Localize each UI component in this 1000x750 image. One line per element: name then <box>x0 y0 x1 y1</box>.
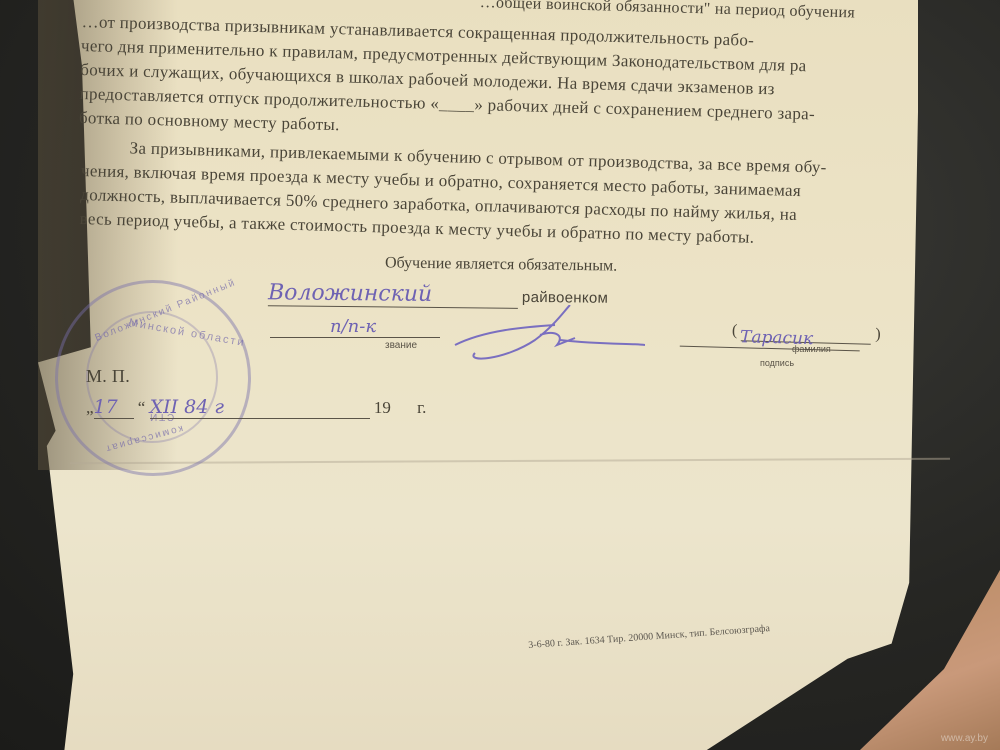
rank-field: п/п-к <box>270 316 440 338</box>
paragraph-1: …от производства призывникам устанавлива… <box>79 10 818 150</box>
printed-year-suffix: г. <box>417 398 426 417</box>
watermark: www.ay.by <box>941 733 988 744</box>
commander-signature <box>445 305 645 365</box>
mandatory-note: Обучение является обязательным. <box>385 254 617 275</box>
open-quote: „ <box>86 398 94 417</box>
date-field: „17 “ XII 84 г 19 г. <box>86 396 426 419</box>
official-stamp: Воложинский Районный Минской области СТИ… <box>55 280 251 476</box>
printed-year: 19 <box>374 398 391 417</box>
rank-label: звание <box>385 340 417 351</box>
close-quote: “ <box>138 398 146 417</box>
rank-handwritten: п/п-к <box>270 316 440 338</box>
date-day: 17 <box>94 396 134 419</box>
date-month-year: XII 84 г <box>150 396 370 419</box>
surname-close-paren: ) <box>875 326 881 343</box>
signature-label: подпись <box>760 358 794 368</box>
seal-place-label: М. П. <box>86 366 130 387</box>
